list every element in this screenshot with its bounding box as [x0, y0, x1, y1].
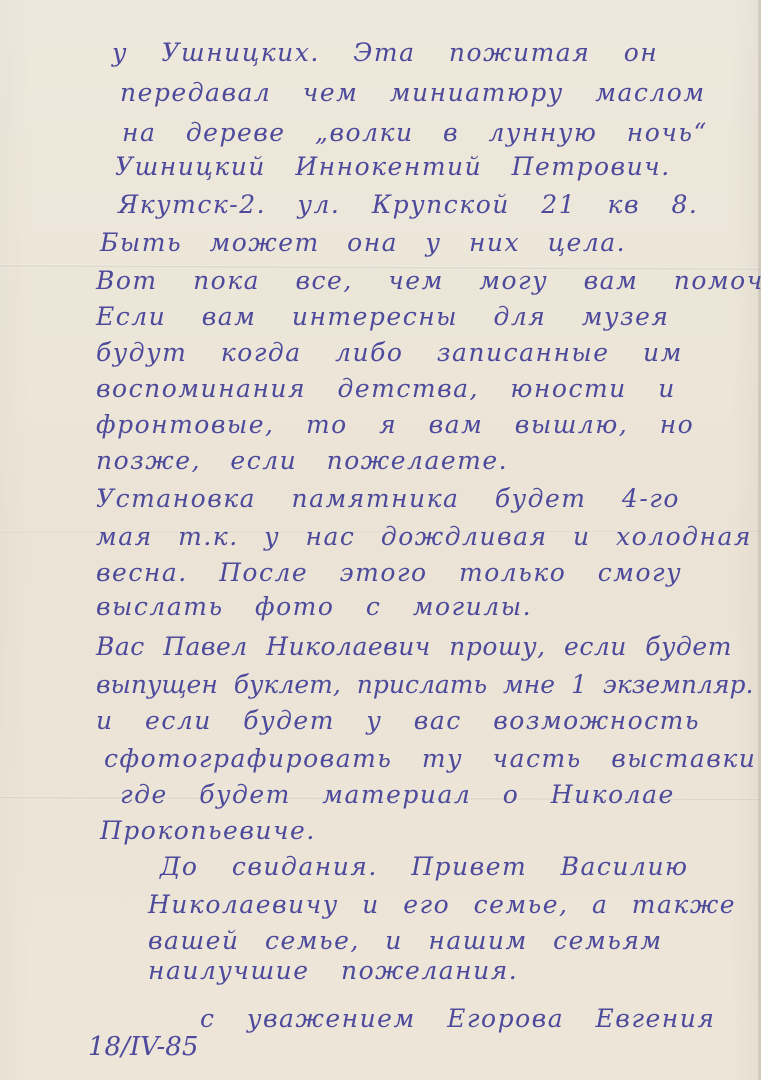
letter-line: сфотографировать ту часть выставки [104, 744, 756, 773]
letter-line: Николаевичу и его семье, а также [148, 890, 736, 919]
letter-line: Вас Павел Николаевич прошу, если будет [96, 632, 732, 661]
letter-line: Якутск-2. ул. Крупской 21 кв 8. [118, 190, 698, 219]
letter-line: Вот пока все, чем могу вам помочь. [96, 266, 761, 295]
letter-signature: с уважением Егорова Евгения [200, 1004, 715, 1033]
letter-line: наилучшие пожелания. [148, 956, 518, 985]
letter-line: и если будет у вас возможность [96, 706, 700, 735]
letter-line: где будет материал о Николае [120, 780, 675, 809]
letter-line: вашей семье, и нашим семьям [148, 926, 663, 955]
letter-line: Установка памятника будет 4-го [96, 484, 680, 513]
letter-line: Быть может она у них цела. [100, 228, 626, 257]
letter-line: Если вам интересны для музея [96, 302, 669, 331]
letter-line: будут когда либо записанные им [96, 338, 683, 367]
letter-line: выслать фото с могилы. [96, 592, 532, 621]
letter-page: у Ушницких. Эта пожитая он передавал чем… [0, 0, 761, 1080]
letter-line: у Ушницких. Эта пожитая он [112, 38, 658, 67]
letter-line: фронтовые, то я вам вышлю, но [96, 410, 694, 439]
letter-line: Прокопьевиче. [100, 816, 316, 845]
letter-line: мая т.к. у нас дождливая и холодная [96, 522, 752, 551]
letter-line: До свидания. Привет Василию [160, 852, 689, 881]
letter-line: Ушницкий Иннокентий Петрович. [115, 152, 671, 181]
letter-line: весна. После этого только смогу [96, 558, 682, 587]
letter-line: позже, если пожелаете. [96, 446, 508, 475]
letter-line: на дереве „волки в лунную ночь“ [122, 118, 708, 147]
letter-line: передавал чем миниатюру маслом [120, 78, 706, 107]
letter-line: выпущен буклет, прислать мне 1 экземпляр… [96, 670, 753, 699]
letter-date: 18/IV-85 [88, 1032, 198, 1062]
letter-line: воспоминания детства, юности и [96, 374, 676, 403]
